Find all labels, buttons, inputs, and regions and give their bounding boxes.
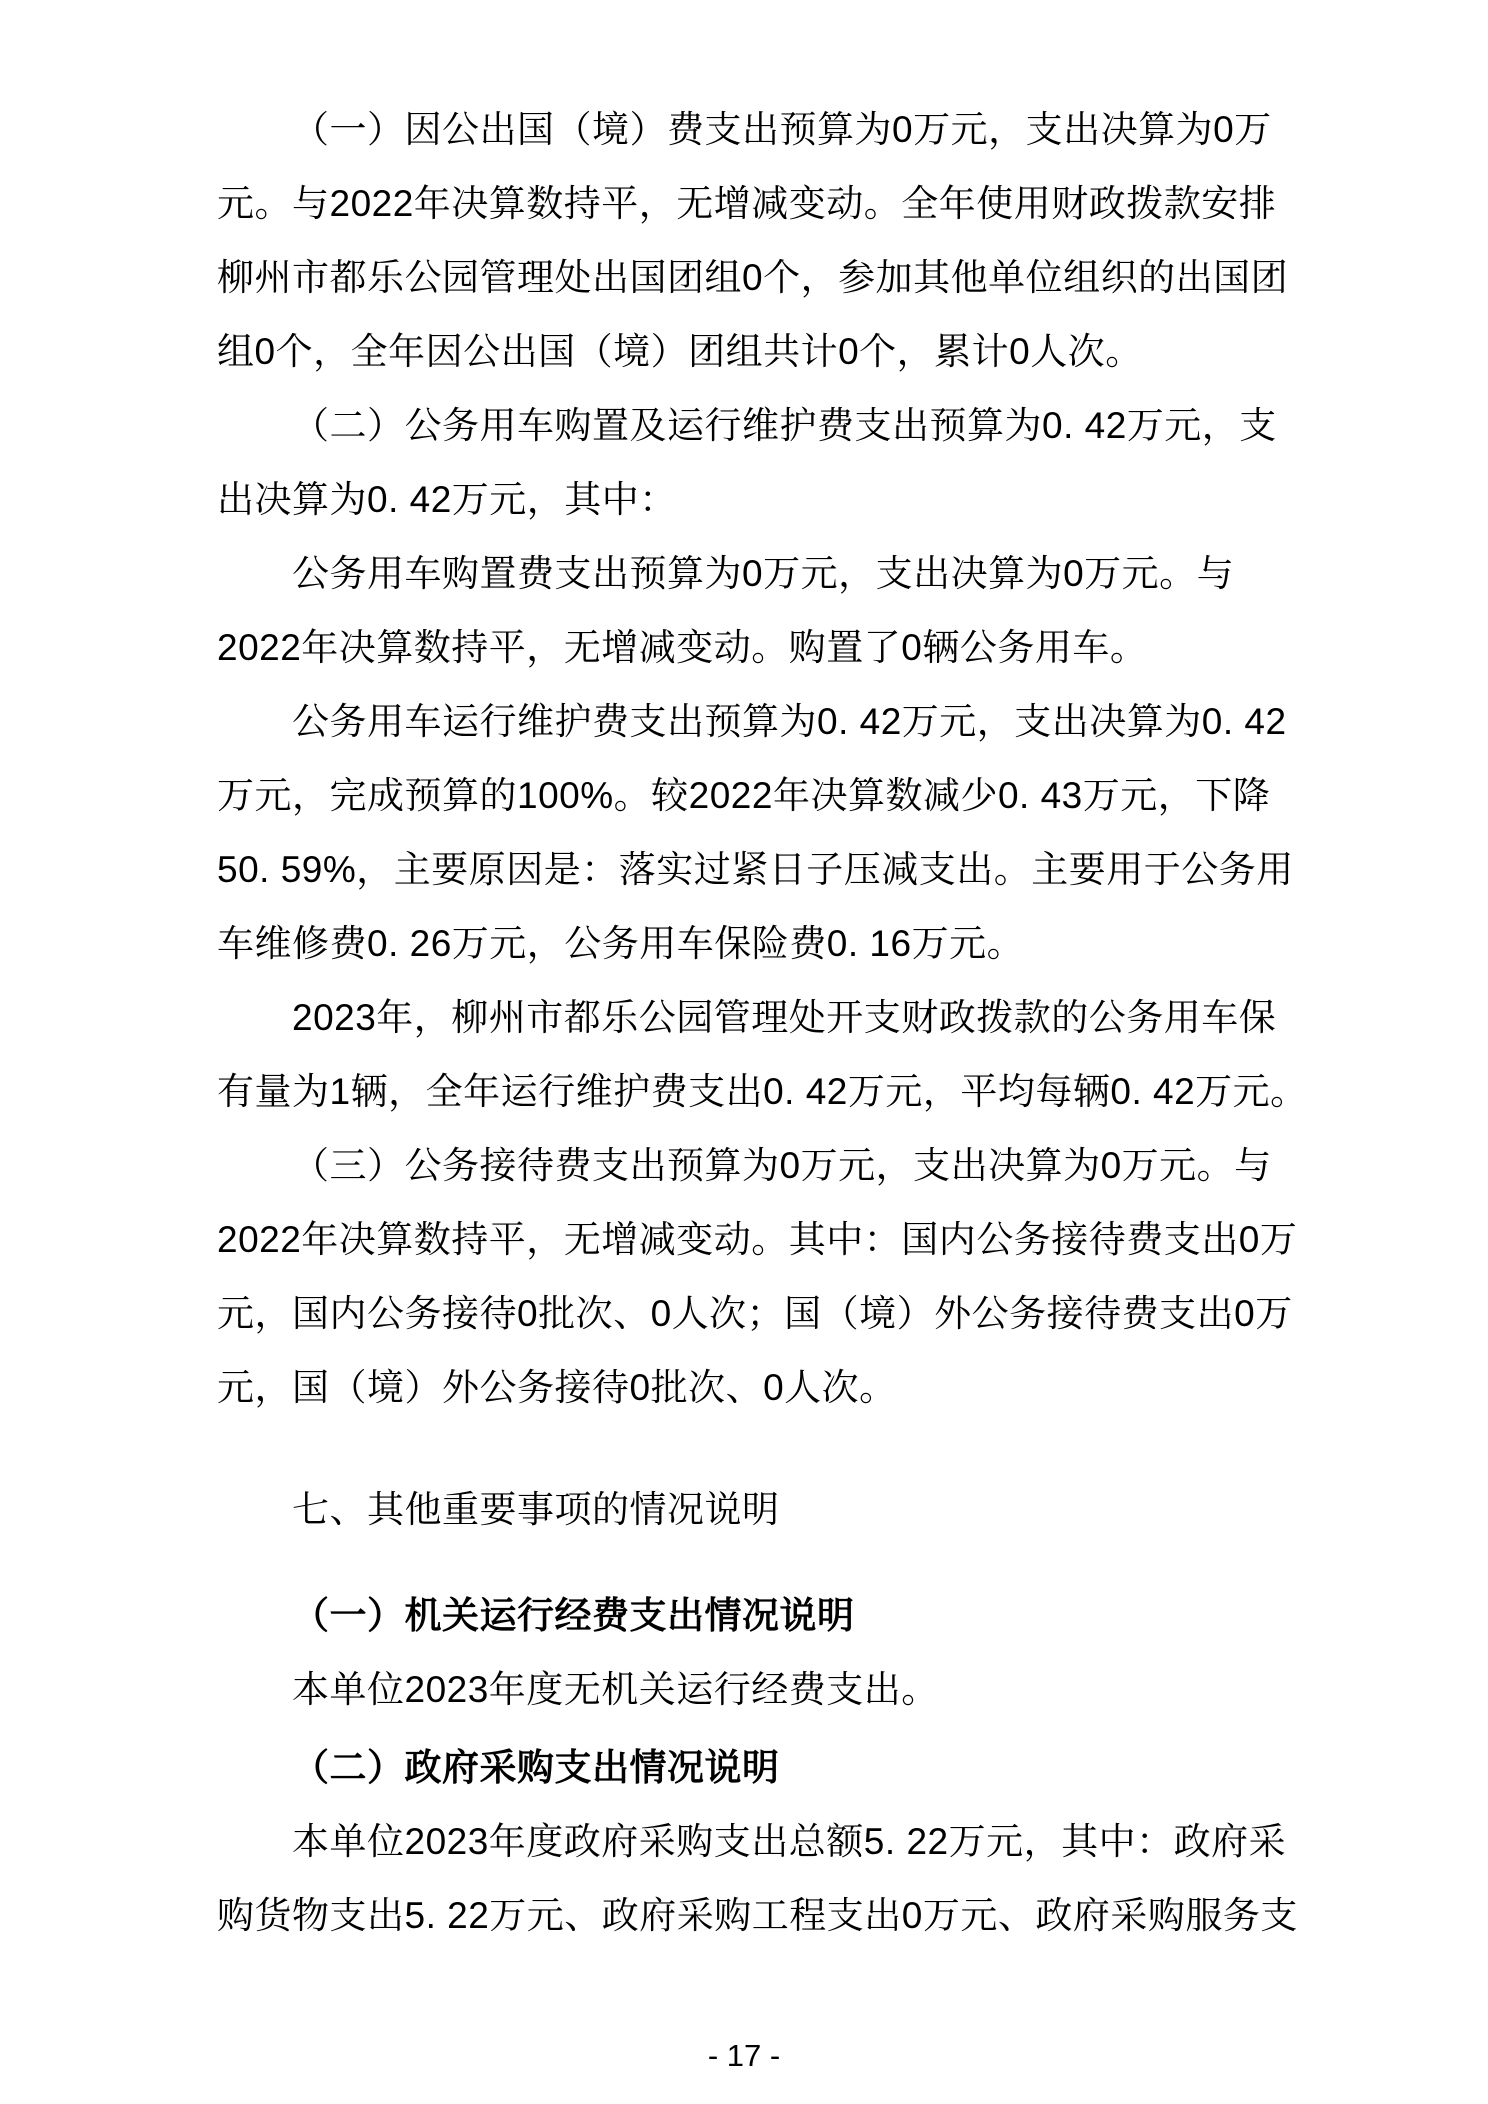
para-government-procurement: 本单位2023年度政府采购支出总额5. 22万元，其中：政府采购货物支出5. 2… [217,1805,1287,1953]
para-official-reception: （三）公务接待费支出预算为0万元，支出决算为0万元。与2022年决算数持平，无增… [217,1129,1287,1425]
text-line: 车维修费0. 26万元，公务用车保险费0. 16万元。 [217,907,1287,981]
text-line: 元。与2022年决算数持平，无增减变动。全年使用财政拨款安排 [217,167,1287,241]
text-line: （二）政府采购支出情况说明 [217,1731,1287,1805]
text-line: 2023年，柳州市都乐公园管理处开支财政拨款的公务用车保 [217,981,1287,1055]
text-line: 公务用车购置费支出预算为0万元，支出决算为0万元。与 [217,537,1287,611]
para-official-vehicle-total: （二）公务用车购置及运行维护费支出预算为0. 42万元，支出决算为0. 42万元… [217,389,1287,537]
text-line: 柳州市都乐公园管理处出国团组0个，参加其他单位组织的出国团 [217,241,1287,315]
heading-agency-operating-expense: （一）机关运行经费支出情况说明 [217,1579,1287,1653]
text-line: （一）因公出国（境）费支出预算为0万元，支出决算为0万 [217,93,1287,167]
text-line: 2022年决算数持平，无增减变动。购置了0辆公务用车。 [217,611,1287,685]
document-content: （一）因公出国（境）费支出预算为0万元，支出决算为0万元。与2022年决算数持平… [217,93,1287,1953]
text-line: 2022年决算数持平，无增减变动。其中：国内公务接待费支出0万 [217,1203,1287,1277]
text-line: （一）机关运行经费支出情况说明 [217,1579,1287,1653]
para-official-overseas-travel: （一）因公出国（境）费支出预算为0万元，支出决算为0万元。与2022年决算数持平… [217,93,1287,389]
para-vehicle-maintenance: 公务用车运行维护费支出预算为0. 42万元，支出决算为0. 42万元，完成预算的… [217,685,1287,981]
text-line: 公务用车运行维护费支出预算为0. 42万元，支出决算为0. 42 [217,685,1287,759]
text-line: 购货物支出5. 22万元、政府采购工程支出0万元、政府采购服务支 [217,1879,1287,1953]
text-line: （二）公务用车购置及运行维护费支出预算为0. 42万元，支 [217,389,1287,463]
text-line: （三）公务接待费支出预算为0万元，支出决算为0万元。与 [217,1129,1287,1203]
para-vehicle-purchase: 公务用车购置费支出预算为0万元，支出决算为0万元。与2022年决算数持平，无增减… [217,537,1287,685]
text-line: 本单位2023年度无机关运行经费支出。 [217,1653,1287,1727]
text-line: 元，国（境）外公务接待0批次、0人次。 [217,1351,1287,1425]
document-page: （一）因公出国（境）费支出预算为0万元，支出决算为0万元。与2022年决算数持平… [0,0,1488,2104]
text-line: 出决算为0. 42万元，其中： [217,463,1287,537]
heading-section-seven: 七、其他重要事项的情况说明 [217,1473,1287,1547]
heading-government-procurement: （二）政府采购支出情况说明 [217,1731,1287,1805]
text-line: 有量为1辆，全年运行维护费支出0. 42万元，平均每辆0. 42万元。 [217,1055,1287,1129]
text-line: 本单位2023年度政府采购支出总额5. 22万元，其中：政府采 [217,1805,1287,1879]
para-vehicle-holdings: 2023年，柳州市都乐公园管理处开支财政拨款的公务用车保有量为1辆，全年运行维护… [217,981,1287,1129]
text-line: 组0个，全年因公出国（境）团组共计0个，累计0人次。 [217,315,1287,389]
para-agency-operating-expense: 本单位2023年度无机关运行经费支出。 [217,1653,1287,1727]
text-line: 七、其他重要事项的情况说明 [217,1473,1287,1547]
text-line: 元，国内公务接待0批次、0人次；国（境）外公务接待费支出0万 [217,1277,1287,1351]
page-number: - 17 - [0,2032,1488,2080]
text-line: 万元，完成预算的100%。较2022年决算数减少0. 43万元，下降 [217,759,1287,833]
text-line: 50. 59%，主要原因是：落实过紧日子压减支出。主要用于公务用 [217,833,1287,907]
